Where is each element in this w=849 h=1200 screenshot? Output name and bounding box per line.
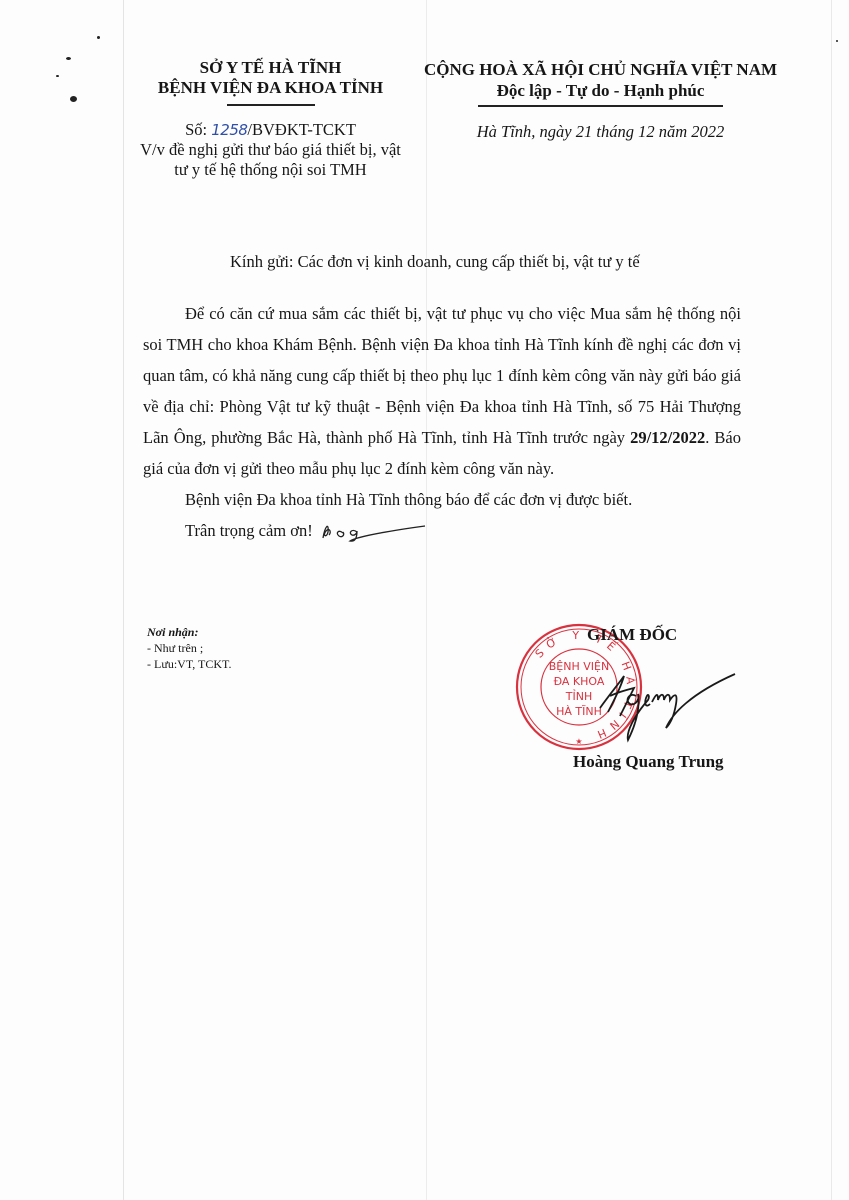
- document-subject: V/v đề nghị gửi thư báo giá thiết bị, vậ…: [138, 140, 403, 180]
- scan-speck: [97, 36, 100, 39]
- nation-title: CỘNG HOÀ XÃ HỘI CHỦ NGHĨA VIỆT NAM: [408, 60, 793, 80]
- doc-number-suffix: /BVĐKT-TCKT: [247, 120, 355, 139]
- signer-name: Hoàng Quang Trung: [573, 752, 724, 772]
- recipients-title: Nơi nhận:: [147, 624, 232, 640]
- motto-underline: [478, 105, 723, 107]
- scan-speck: [70, 96, 77, 102]
- body-paragraph-request: Để có căn cứ mua sắm các thiết bị, vật t…: [143, 298, 741, 484]
- doc-number-handwritten: 1258: [211, 121, 247, 139]
- handwritten-signature-icon: [590, 664, 740, 744]
- scan-speck: [56, 75, 59, 77]
- closing-text: Trân trọng cảm ơn!: [185, 515, 313, 546]
- scan-speck: [836, 40, 838, 42]
- svg-text:★: ★: [575, 737, 582, 746]
- organization-name: BỆNH VIỆN ĐA KHOA TỈNH: [138, 78, 403, 98]
- scan-speck: [66, 57, 71, 60]
- scan-fold-line: [123, 0, 124, 1200]
- letter-body: Để có căn cứ mua sắm các thiết bị, vật t…: [143, 298, 741, 546]
- document-number: Số: 1258/BVĐKT-TCKT: [138, 120, 403, 140]
- signer-title: GIÁM ĐỐC: [587, 625, 677, 645]
- deadline-date: 29/12/2022: [630, 428, 705, 447]
- issuing-authority-block: SỞ Y TẾ HÀ TĨNH BỆNH VIỆN ĐA KHOA TỈNH S…: [138, 58, 403, 180]
- svg-text:TỈNH: TỈNH: [565, 689, 592, 703]
- doc-number-prefix: Số:: [185, 120, 211, 139]
- scan-fold-line: [831, 0, 832, 1200]
- recipients-block: Nơi nhận: - Như trên ; - Lưu:VT, TCKT.: [147, 624, 232, 672]
- closing-line: Trân trọng cảm ơn!: [143, 515, 741, 546]
- national-motto: Độc lập - Tự do - Hạnh phúc: [408, 80, 793, 102]
- greeting-line: Kính gửi: Các đơn vị kinh doanh, cung cấ…: [230, 252, 640, 272]
- body-paragraph-notice: Bệnh viện Đa khoa tỉnh Hà Tĩnh thông báo…: [143, 484, 741, 515]
- authority-name: SỞ Y TẾ HÀ TĨNH: [138, 58, 403, 78]
- initials-signature-icon: [319, 518, 429, 544]
- authority-underline: [227, 104, 315, 106]
- place-and-date: Hà Tĩnh, ngày 21 tháng 12 năm 2022: [408, 122, 793, 142]
- recipient-item: - Như trên ;: [147, 640, 232, 656]
- national-header-block: CỘNG HOÀ XÃ HỘI CHỦ NGHĨA VIỆT NAM Độc l…: [408, 60, 793, 142]
- scan-fold-line: [426, 0, 427, 1200]
- recipient-item: - Lưu:VT, TCKT.: [147, 656, 232, 672]
- paragraph-text: Để có căn cứ mua sắm các thiết bị, vật t…: [143, 304, 741, 447]
